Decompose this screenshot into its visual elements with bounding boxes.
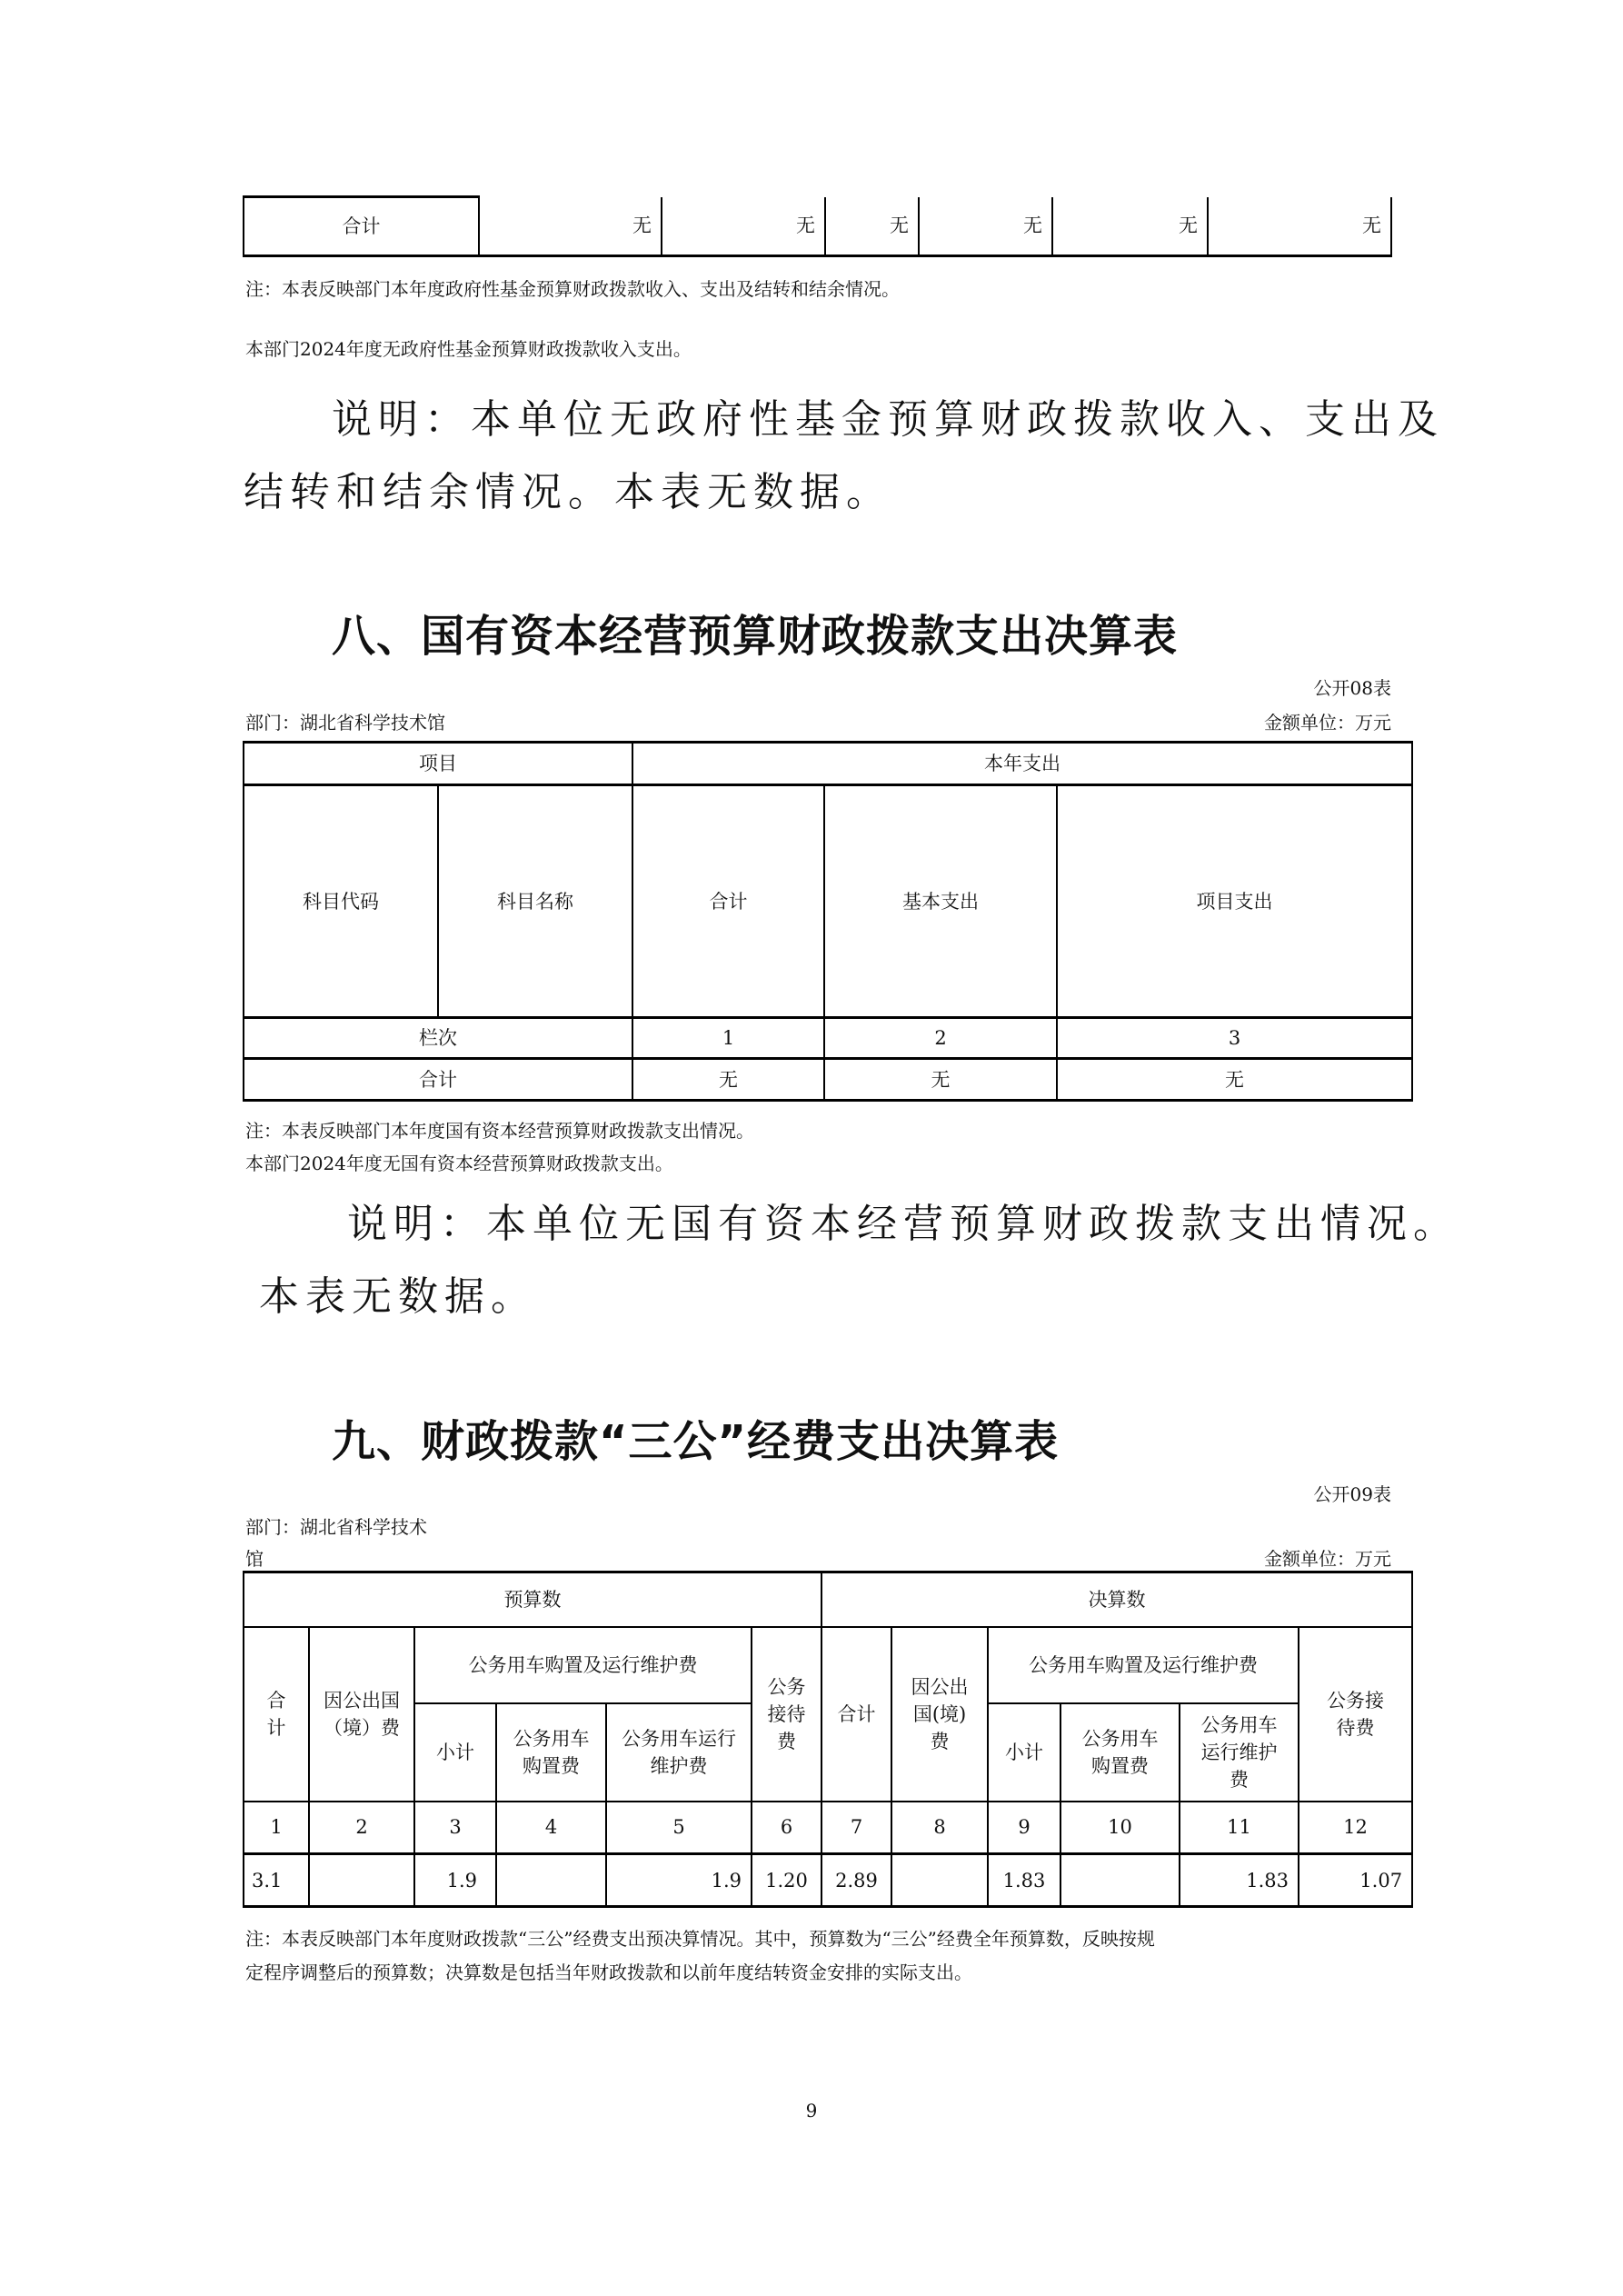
govfund-explanation-line1: 说明：本单位无政府性基金预算财政拨款收入、支出及 xyxy=(332,400,1444,440)
total-cell: 无 xyxy=(824,1059,1057,1101)
header-budget: 预算数 xyxy=(244,1572,821,1627)
section9-note-line2: 定程序调整后的预算数；决算数是包括当年财政拨款和以前年度结转资金安排的实际支出。 xyxy=(245,1962,972,1983)
total-cell: 无 xyxy=(662,197,825,256)
index-cell: 6 xyxy=(752,1802,821,1854)
data-cell-final-abroad xyxy=(891,1854,988,1907)
total-cell: 无 xyxy=(825,197,919,256)
index-cell: 2 xyxy=(824,1018,1057,1059)
page-number: 9 xyxy=(766,2100,857,2121)
header-current-expense: 本年支出 xyxy=(632,743,1412,785)
index-cell: 7 xyxy=(821,1802,891,1854)
total-cell: 无 xyxy=(1052,197,1208,256)
section9-department-cont: 馆 xyxy=(245,1548,264,1570)
govfund-explanation-line2: 结转和结余情况。本表无数据。 xyxy=(244,473,892,513)
section9-note-line1: 注：本表反映部门本年度财政拨款“三公”经费支出预决算情况。其中，预算数为“三公”… xyxy=(245,1927,1418,1951)
header-subject-name: 科目名称 xyxy=(438,785,632,1018)
section8-table-code: 公开08表 xyxy=(1314,677,1391,699)
section9-title: 九、财政拨款“三公”经费支出决算表 xyxy=(332,1416,1059,1467)
data-cell-final-reception: 1.07 xyxy=(1299,1854,1412,1907)
budget-vehicle-group-header: 公务用车购置及运行维护费 xyxy=(414,1627,752,1703)
section8-explanation-line2: 本表无数据。 xyxy=(259,1277,537,1317)
section8-note-2: 本部门2024年度无国有资本经营预算财政拨款支出。 xyxy=(245,1153,673,1174)
total-cell: 无 xyxy=(632,1059,824,1101)
total-row-label: 合计 xyxy=(244,197,479,256)
header-project-expense: 项目支出 xyxy=(1057,785,1412,1018)
state-capital-table: 项目 本年支出 科目代码 科目名称 合计 基本支出 项目支出 栏次 1 2 3 … xyxy=(243,741,1413,1102)
section8-note: 注：本表反映部门本年度国有资本经营预算财政拨款支出情况。 xyxy=(245,1120,754,1142)
budget-subtotal-header: 小计 xyxy=(414,1703,496,1802)
final-reception-header: 公务接待费 xyxy=(1299,1627,1412,1802)
index-cell: 10 xyxy=(1060,1802,1180,1854)
govfund-note-2: 本部门2024年度无政府性基金预算财政拨款收入支出。 xyxy=(245,338,692,360)
section8-title: 八、国有资本经营预算财政拨款支出决算表 xyxy=(332,611,1178,662)
final-vehicle-purchase-header: 公务用车购置费 xyxy=(1060,1703,1180,1802)
budget-total-header: 合计 xyxy=(244,1627,309,1802)
data-cell-budget-reception: 1.20 xyxy=(752,1854,821,1907)
govfund-note: 注：本表反映部门本年度政府性基金预算财政拨款收入、支出及结转和结余情况。 xyxy=(245,278,900,300)
index-cell: 9 xyxy=(988,1802,1060,1854)
budget-abroad-header: 因公出国（境）费 xyxy=(309,1627,414,1802)
total-cell: 无 xyxy=(1057,1059,1412,1101)
section8-department: 部门：湖北省科学技术馆 xyxy=(245,712,445,734)
budget-vehicle-purchase-header: 公务用车购置费 xyxy=(496,1703,606,1802)
three-public-expenses-table: 预算数 决算数 合计 因公出国（境）费 公务用车购置及运行维护费 公务接待费 合… xyxy=(243,1571,1413,1908)
total-cell: 无 xyxy=(919,197,1052,256)
header-subject-code: 科目代码 xyxy=(244,785,438,1018)
header-item: 项目 xyxy=(244,743,632,785)
index-row-label: 栏次 xyxy=(244,1018,632,1059)
index-cell: 1 xyxy=(632,1018,824,1059)
index-cell: 1 xyxy=(244,1802,309,1854)
final-vehicle-operation-header: 公务用车运行维护费 xyxy=(1180,1703,1299,1802)
data-cell-budget-subtotal: 1.9 xyxy=(414,1854,496,1907)
total-cell: 无 xyxy=(479,197,662,256)
data-cell-budget-vehicle-purchase xyxy=(496,1854,606,1907)
header-final: 决算数 xyxy=(821,1572,1412,1627)
index-cell: 3 xyxy=(414,1802,496,1854)
section8-explanation-line1: 说明：本单位无国有资本经营预算财政拨款支出情况。 xyxy=(347,1204,1459,1244)
govfund-table-tail: 合计 无 无 无 无 无 无 xyxy=(243,195,1392,257)
total-cell: 无 xyxy=(1208,197,1391,256)
index-cell: 5 xyxy=(606,1802,752,1854)
budget-vehicle-operation-header: 公务用车运行维护费 xyxy=(606,1703,752,1802)
header-total: 合计 xyxy=(632,785,824,1018)
final-vehicle-group-header: 公务用车购置及运行维护费 xyxy=(988,1627,1299,1703)
final-abroad-header: 因公出国(境)费 xyxy=(891,1627,988,1802)
data-cell-final-vehicle-purchase xyxy=(1060,1854,1180,1907)
data-cell-budget-total: 3.1 xyxy=(244,1854,309,1907)
data-cell-final-subtotal: 1.83 xyxy=(988,1854,1060,1907)
data-cell-budget-abroad xyxy=(309,1854,414,1907)
header-basic-expense: 基本支出 xyxy=(824,785,1057,1018)
section9-table-code: 公开09表 xyxy=(1314,1483,1391,1505)
index-cell: 8 xyxy=(891,1802,988,1854)
data-cell-budget-vehicle-operation: 1.9 xyxy=(606,1854,752,1907)
budget-reception-header: 公务接待费 xyxy=(752,1627,821,1802)
final-subtotal-header: 小计 xyxy=(988,1703,1060,1802)
index-cell: 3 xyxy=(1057,1018,1412,1059)
data-cell-final-total: 2.89 xyxy=(821,1854,891,1907)
data-cell-final-vehicle-operation: 1.83 xyxy=(1180,1854,1299,1907)
index-cell: 4 xyxy=(496,1802,606,1854)
index-cell: 11 xyxy=(1180,1802,1299,1854)
section9-unit: 金额单位：万元 xyxy=(1264,1548,1391,1570)
section8-unit: 金额单位：万元 xyxy=(1264,712,1391,734)
index-cell: 12 xyxy=(1299,1802,1412,1854)
index-cell: 2 xyxy=(309,1802,414,1854)
section9-department: 部门：湖北省科学技术 xyxy=(245,1516,427,1538)
total-row-label: 合计 xyxy=(244,1059,632,1101)
final-total-header: 合计 xyxy=(821,1627,891,1802)
